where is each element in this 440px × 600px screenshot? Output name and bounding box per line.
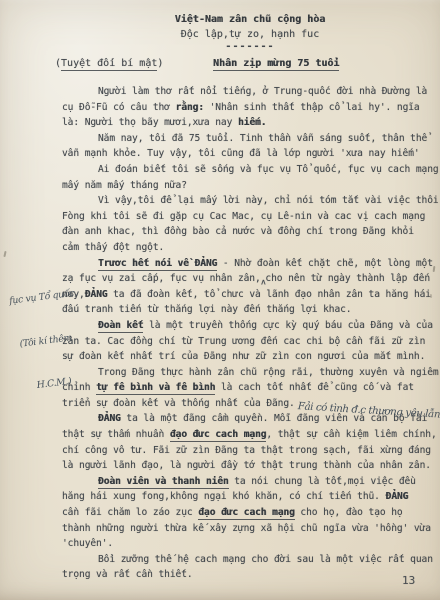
typed-text: nay, xyxy=(62,289,85,300)
typed-text: chí công vô tư. Fãi zữ zìn Đãng ta thật … xyxy=(62,445,431,456)
secrecy-label: (Tuyệt đối bí mật) xyxy=(55,58,163,69)
document-title: Nhân zịp mừng 75 tuổi xyxy=(213,58,339,71)
body-line: zạ fục vụ zai cấp, fục vụ nhân zân,∧cho … xyxy=(62,271,438,287)
typed-text: Người làm thơ rất nổi tiếng, ở Trung-quố… xyxy=(98,86,427,97)
body-line: 'chuyên'. xyxy=(62,536,438,552)
body-line: là: Người thọ bãy mươi,xưa nay hiếm. xyxy=(62,115,438,131)
underlined-typed-text: đạo đưc cach mạng xyxy=(198,507,295,520)
body-line: Fòng khi tôi sẽ đi gặp cụ Cac Mac, cụ Lê… xyxy=(62,209,438,225)
body-line: chí công vô tư. Fãi zữ zìn Đãng ta thật … xyxy=(62,443,438,459)
body-line: hăng hái xung fong,không ngại khó khăn, … xyxy=(62,489,438,505)
typed-text: là người lãnh đạo, là người đầy tớ thật … xyxy=(62,460,431,471)
body-line: trọng và rất cần thiết. xyxy=(62,567,438,583)
secrecy-label-text: Tuyệt đối bí mật xyxy=(61,58,157,71)
typed-text: ta đã đoàn kết, tổ chưc và lãnh đạo nhân… xyxy=(107,289,431,300)
typed-text: chỉnh xyxy=(62,382,96,393)
document-body: Người làm thơ rất nổi tiếng, ở Trung-quố… xyxy=(62,84,438,583)
typed-text: triển sự đoàn kết và thống nhất của Đãng… xyxy=(62,398,295,409)
body-line: Vì vậy,tôi để lại mấy lời này, chỉ nói t… xyxy=(62,193,438,209)
typed-text: thật sự thấm nhuần xyxy=(62,429,170,440)
typed-text: 'chuyên'. xyxy=(62,538,113,549)
body-line: mấy năm mấy tháng nữa? xyxy=(62,178,438,194)
body-line: Năm nay, tôi đã 75 tuổi. Tinh thần vẫn s… xyxy=(62,131,438,147)
body-line: Đoàn viên và thanh niên ta nói chung là … xyxy=(62,474,438,490)
typed-text: zân ta. Cac đồng chí từ Trung ương đến c… xyxy=(62,336,425,347)
body-line: nay,ĐẢNG ta đã đoàn kết, tổ chưc và lãnh… xyxy=(62,287,438,303)
body-line: Người làm thơ rất nổi tiếng, ở Trung-quố… xyxy=(62,84,438,100)
insertion-caret-mark: ∧ xyxy=(260,275,266,291)
body-line: zân ta. Cac đồng chí từ Trung ương đến c… xyxy=(62,334,438,350)
typed-text: , thật sự cần kiệm liêm chính, xyxy=(266,429,436,440)
typed-text: ta nói chung là tốt,mọi việc đều xyxy=(229,476,416,487)
typed-text: Bồi zưỡng thế hệ cach mạng cho đời sau l… xyxy=(98,554,433,565)
typed-text: hiếm. xyxy=(238,117,266,128)
typed-text: sự đoàn kết nhất trí của Đãng như zữ zìn… xyxy=(62,351,425,362)
header-divider: ------- xyxy=(60,42,440,52)
typed-text: cần fãi chăm lo záo zục xyxy=(62,507,198,518)
typed-text: ĐẢNG xyxy=(85,289,108,300)
secrecy-paren-close: ) xyxy=(157,58,163,69)
underlined-typed-text: Đoàn viên và thanh niên xyxy=(98,476,229,489)
typed-text: trọng và rất cần thiết. xyxy=(62,569,193,580)
typed-text: zạ fục vụ zai cấp, fục vụ nhân zân, xyxy=(62,273,261,284)
typed-text: 'Nhân sinh thất thập cổ lai hy'. ngĩa xyxy=(204,102,420,113)
typed-text: Trong Đãng thực hành zân chũ rộng rãi, t… xyxy=(98,367,439,378)
typed-text: cảm thấy đột ngột. xyxy=(62,242,164,253)
national-title: Việt-Nam zân chũ cộng hòa xyxy=(60,12,440,27)
typed-text: hăng hái xung fong,không ngại khó khăn, … xyxy=(62,491,386,502)
typed-text: là: Người thọ bãy mươi,xưa nay xyxy=(62,117,238,128)
body-line: triển sự đoàn kết và thống nhất của Đãng… xyxy=(62,396,438,412)
title-row: (Tuyệt đối bí mật) Nhân zịp mừng 75 tuổi xyxy=(0,58,440,76)
typed-text: Ai đoán biết tôi sẽ sống và fục vụ Tổ qu… xyxy=(98,164,439,175)
typed-text: Năm nay, tôi đã 75 tuổi. Tinh thần vẫn s… xyxy=(98,133,427,144)
ink-speck xyxy=(3,251,6,257)
typed-text: vẫn mạnh khỏe. Tuy vậy, tôi cũng đã là l… xyxy=(62,148,420,159)
underlined-typed-text: đạo đưc cach mạng xyxy=(170,429,267,442)
body-line: Trong Đãng thực hành zân chũ rộng rãi, t… xyxy=(62,365,438,381)
typed-text: cho nên từ ngày thành lập đến xyxy=(265,273,430,284)
body-line: cụ Đỗ-Fũ có câu thơ rằng: 'Nhân sinh thấ… xyxy=(62,100,438,116)
body-line: đàn anh khac, thì đồng bào cả nước và đồ… xyxy=(62,224,438,240)
body-line: cần fãi chăm lo záo zục đạo đưc cach mạn… xyxy=(62,505,438,521)
typed-text: Vì vậy,tôi để lại mấy lời này, chỉ nói t… xyxy=(98,195,440,206)
typed-text: đấu tranh tiến từ thắng lợi này đến thắn… xyxy=(62,304,351,315)
typed-text: ĐẢNG xyxy=(98,413,121,424)
typed-text: cụ Đỗ-Fũ có câu thơ xyxy=(62,102,176,113)
national-motto: Độc lập,tự zo, hạnh fuc xyxy=(60,27,440,42)
typed-text: ĐẢNG xyxy=(386,491,409,502)
typed-text: cho họ, đào tạo họ xyxy=(295,507,403,518)
body-line: Đoàn kết là một truyền thống cực kỳ quý … xyxy=(62,318,438,334)
typed-text: - Nhờ đoàn kết chặt chẽ, một lòng một xyxy=(217,258,433,269)
typed-text: là cach tốt nhất để cũng cố và fat xyxy=(215,382,414,393)
document-page: Việt-Nam zân chũ cộng hòa Độc lập,tự zo,… xyxy=(0,0,440,600)
underlined-typed-text: tự fê bình và fê bình xyxy=(96,382,215,395)
body-line: Ai đoán biết tôi sẽ sống và fục vụ Tổ qu… xyxy=(62,162,438,178)
body-line: sự đoàn kết nhất trí của Đãng như zữ zìn… xyxy=(62,349,438,365)
typed-text: là một truyền thống cực kỳ quý báu của Đ… xyxy=(143,320,432,331)
body-line: chỉnh tự fê bình và fê bình là cach tốt … xyxy=(62,380,438,396)
body-line: cảm thấy đột ngột. xyxy=(62,240,438,256)
typed-text: đàn anh khac, thì đồng bào cả nước và đồ… xyxy=(62,226,414,237)
body-line: thật sự thấm nhuần đạo đưc cach mạng, th… xyxy=(62,427,438,443)
body-line: thành những người thừa kế xây zựng xã hộ… xyxy=(62,521,438,537)
typed-text: mấy năm mấy tháng nữa? xyxy=(62,180,187,191)
page-number: 13 xyxy=(402,574,415,587)
typed-text: Fòng khi tôi sẽ đi gặp cụ Cac Mac, cụ Lê… xyxy=(62,211,425,222)
document-header: Việt-Nam zân chũ cộng hòa Độc lập,tự zo,… xyxy=(60,12,440,52)
typed-text: rằng: xyxy=(176,102,204,113)
underlined-typed-text: Đoàn kết xyxy=(98,320,143,333)
body-line: vẫn mạnh khỏe. Tuy vậy, tôi cũng đã là l… xyxy=(62,146,438,162)
underlined-typed-text: Trươc hết nói về ĐẢNG xyxy=(98,258,217,271)
body-line: Trươc hết nói về ĐẢNG - Nhờ đoàn kết chặ… xyxy=(62,256,438,272)
body-line: đấu tranh tiến từ thắng lợi này đến thắn… xyxy=(62,302,438,318)
body-line: Bồi zưỡng thế hệ cach mạng cho đời sau l… xyxy=(62,552,438,568)
body-line: là người lãnh đạo, là người đầy tớ thật … xyxy=(62,458,438,474)
typed-text: thành những người thừa kế xây zựng xã hộ… xyxy=(62,523,431,534)
